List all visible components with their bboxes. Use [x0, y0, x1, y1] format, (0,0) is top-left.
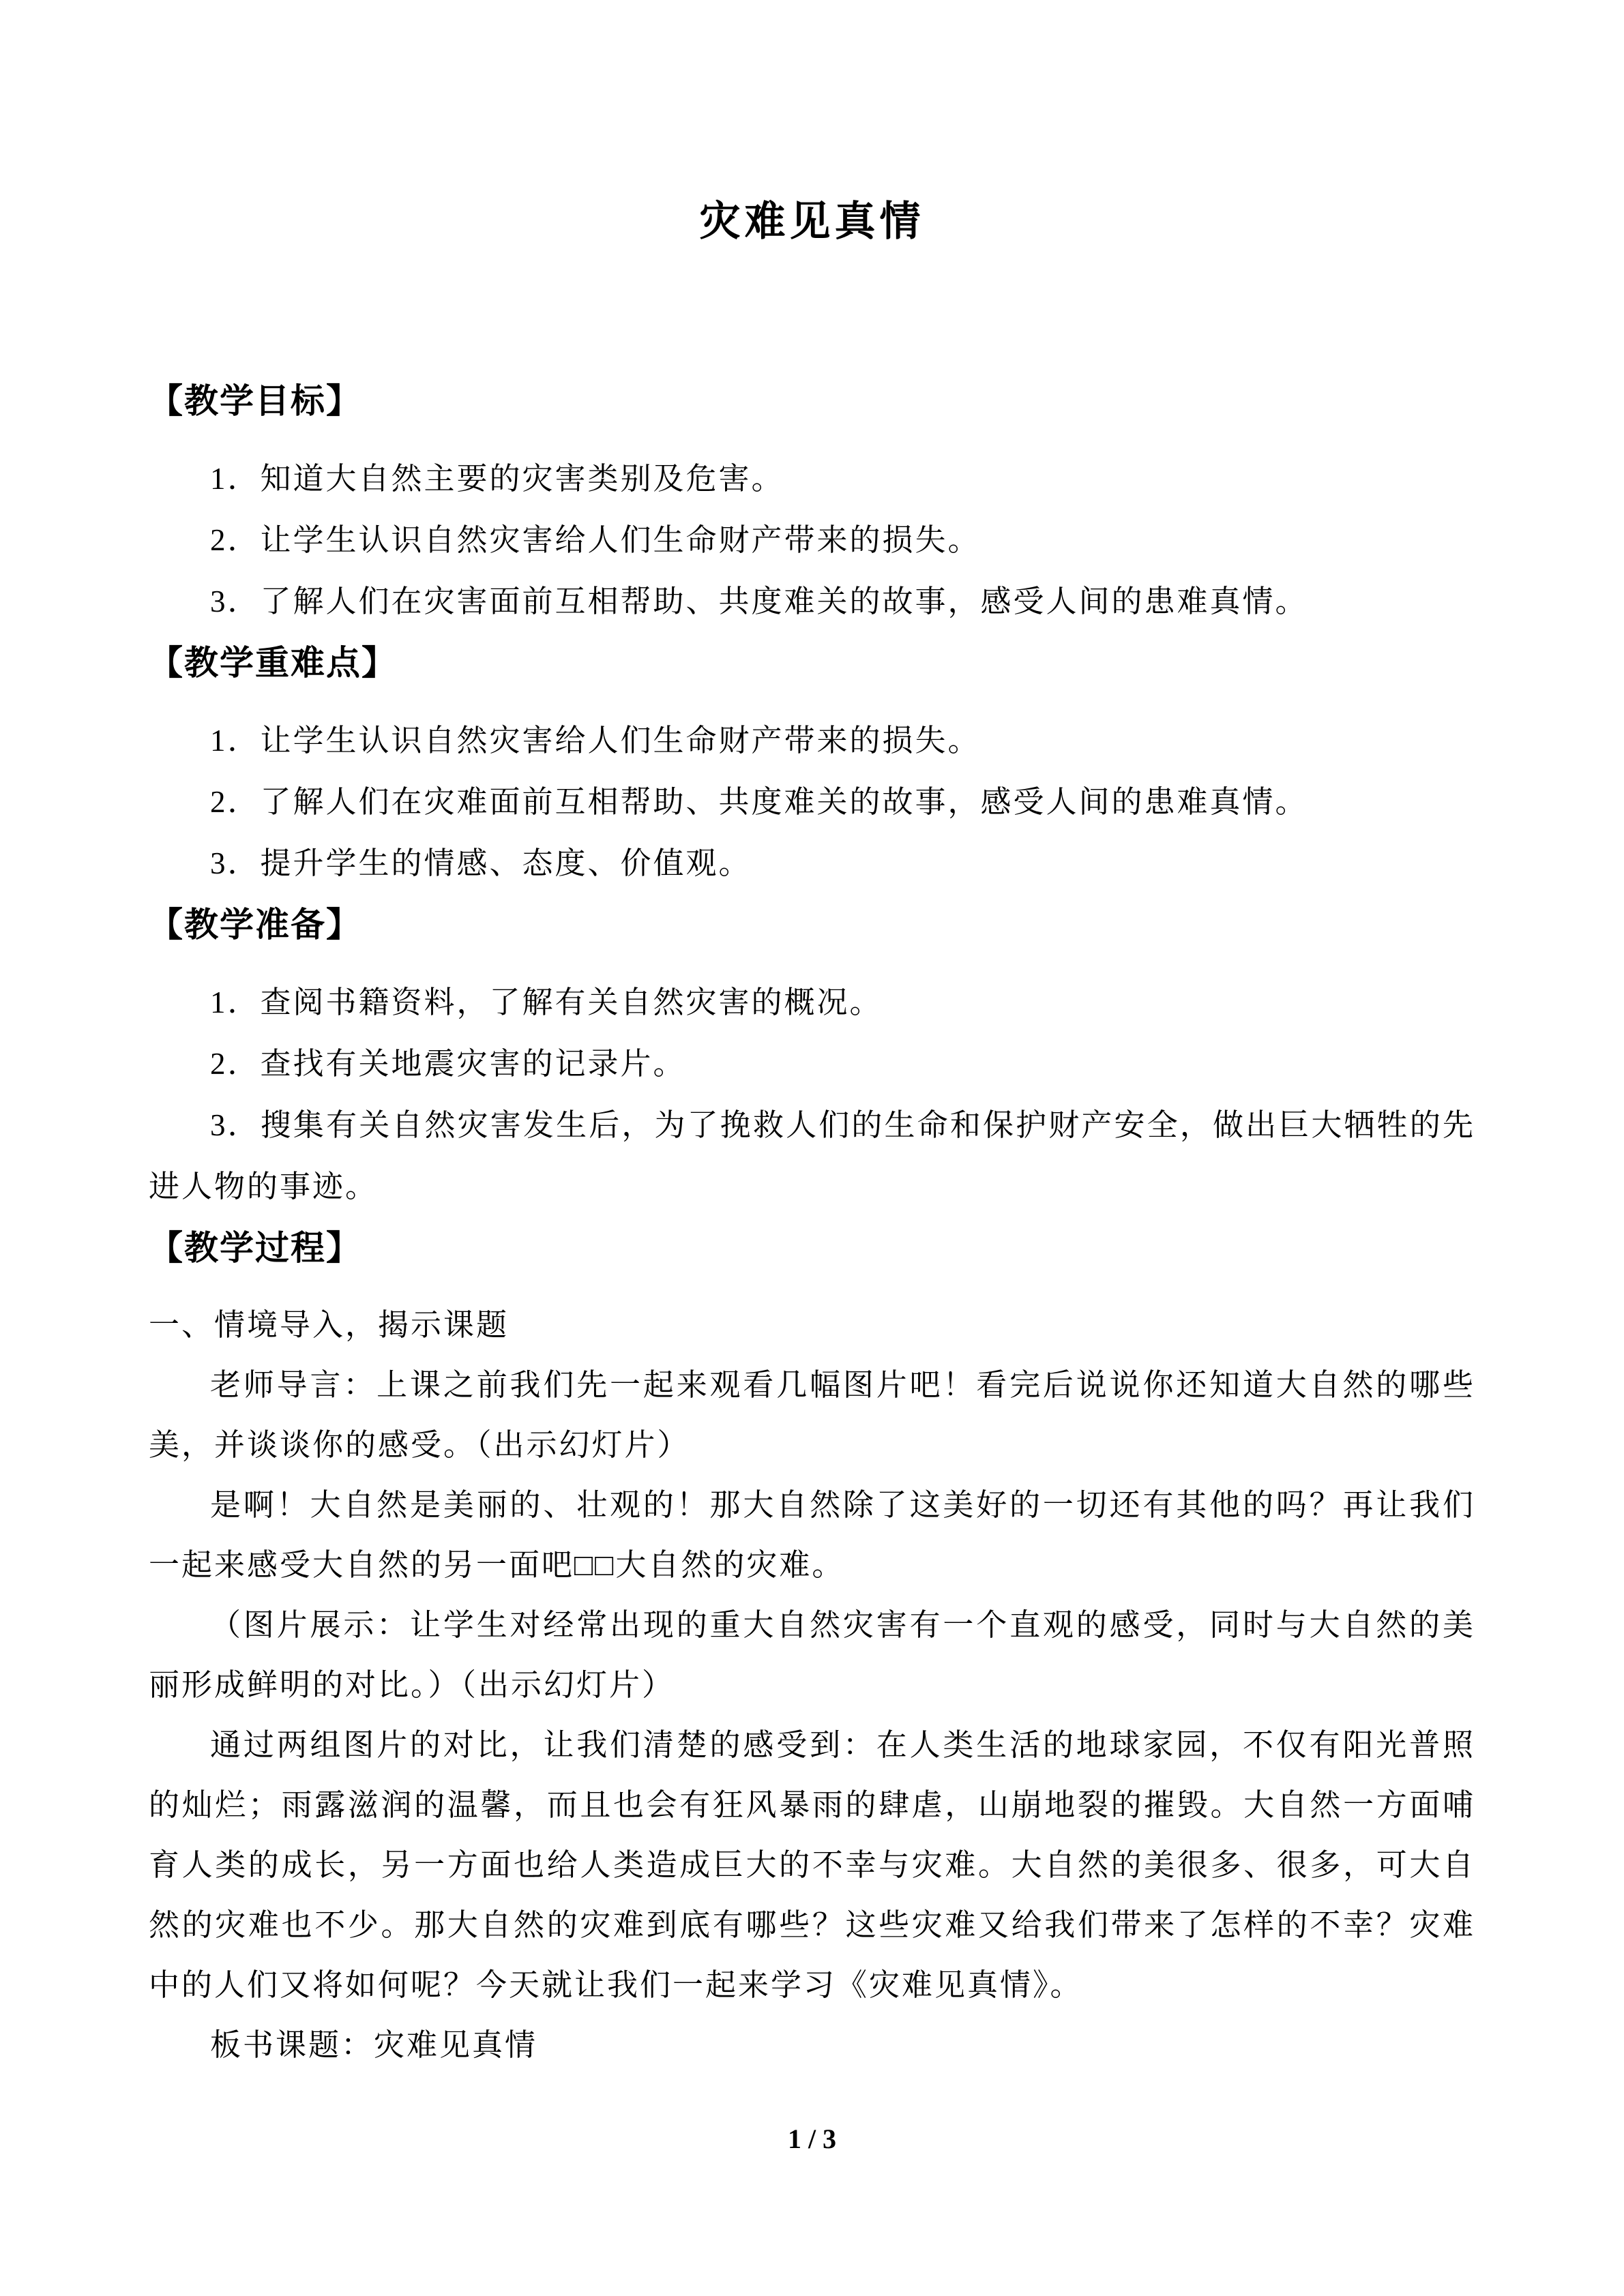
- preparation-item-3: 3．搜集有关自然灾害发生后，为了挽救人们的生命和保护财产安全，做出巨大牺牲的先进…: [149, 1094, 1475, 1217]
- section-heading-teaching-preparation: 【教学准备】: [149, 894, 1475, 955]
- process-paragraph-board-title: 板书课题：灾难见真情: [149, 2015, 1475, 2075]
- process-paragraph-nature-other-side: 是啊！大自然是美丽的、壮观的！那大自然除了这美好的一切还有其他的吗？再让我们一起…: [149, 1475, 1475, 1595]
- key-difficulty-item-2: 2．了解人们在灾难面前互相帮助、共度难关的故事，感受人间的患难真情。: [149, 771, 1475, 833]
- objective-item-3: 3．了解人们在灾害面前互相帮助、共度难关的故事，感受人间的患难真情。: [149, 571, 1475, 632]
- process-paragraph-picture-display: （图片展示：让学生对经常出现的重大自然灾害有一个直观的感受，同时与大自然的美丽形…: [149, 1595, 1475, 1715]
- preparation-item-1: 1．查阅书籍资料，了解有关自然灾害的概况。: [149, 972, 1475, 1033]
- document-title: 灾难见真情: [149, 194, 1475, 249]
- section-heading-key-difficulties: 【教学重难点】: [149, 632, 1475, 694]
- key-difficulty-item-3: 3．提升学生的情感、态度、价值观。: [149, 833, 1475, 894]
- key-difficulty-item-1: 1．让学生认识自然灾害给人们生命财产带来的损失。: [149, 710, 1475, 771]
- process-paragraph-comparison: 通过两组图片的对比，让我们清楚的感受到：在人类生活的地球家园，不仅有阳光普照的灿…: [149, 1715, 1475, 2015]
- document-page: 灾难见真情 【教学目标】 1．知道大自然主要的灾害类别及危害。 2．让学生认识自…: [0, 0, 1624, 2296]
- page-number: 1 / 3: [0, 2122, 1624, 2156]
- objective-item-2: 2．让学生认识自然灾害给人们生命财产带来的损失。: [149, 509, 1475, 571]
- section-heading-teaching-objectives: 【教学目标】: [149, 370, 1475, 432]
- process-subheading-lead-in: 一、情境导入，揭示课题: [149, 1295, 1475, 1355]
- section-heading-teaching-process: 【教学过程】: [149, 1217, 1475, 1279]
- objective-item-1: 1．知道大自然主要的灾害类别及危害。: [149, 448, 1475, 509]
- process-paragraph-teacher-intro: 老师导言：上课之前我们先一起来观看几幅图片吧！看完后说说你还知道大自然的哪些美，…: [149, 1355, 1475, 1475]
- document-content: 灾难见真情 【教学目标】 1．知道大自然主要的灾害类别及危害。 2．让学生认识自…: [149, 0, 1475, 2075]
- preparation-item-2: 2．查找有关地震灾害的记录片。: [149, 1033, 1475, 1094]
